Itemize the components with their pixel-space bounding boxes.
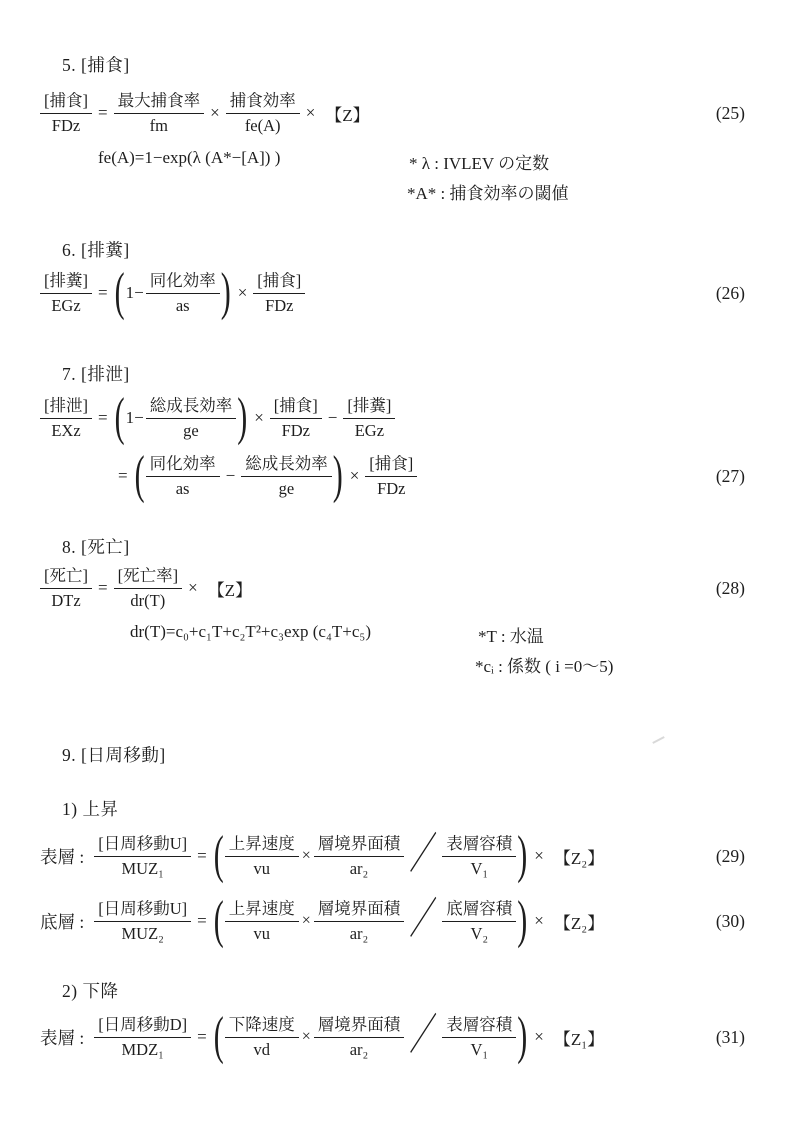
equation-28: [死亡] DTz = [死亡率] dr(T) × 【Z】 (28)	[40, 561, 745, 615]
fraction-denominator: FDz	[377, 477, 405, 499]
equation-number: (30)	[716, 911, 745, 932]
equation-29: 表層 : [日周移動U] MUZ₁ = ( 上昇速度 vu × 層境界面積 ar…	[40, 827, 745, 885]
fraction-numerator: [捕食]	[270, 395, 322, 418]
right-paren: )	[220, 267, 232, 320]
layer-label: 表層 :	[40, 844, 94, 869]
z-term: 【Z₁】	[550, 1025, 604, 1050]
equation-number: (25)	[716, 103, 745, 124]
layer-label: 底層 :	[40, 909, 94, 934]
predation-fraction: [捕食] FDz	[270, 395, 322, 441]
equation-26: [排糞] EGz = ( 1− 同化効率 as ) × [捕食] FDz (26…	[40, 265, 745, 321]
lhs-fraction: [捕食] FDz	[40, 90, 92, 136]
fraction-numerator: 層境界面積	[314, 1014, 405, 1037]
fraction-numerator: 上昇速度	[225, 898, 299, 921]
z-term: 【Z₂】	[550, 909, 604, 934]
fraction-denominator: EGz	[51, 294, 80, 316]
z-term: 【Z₂】	[550, 844, 604, 869]
note-water-temp: *T : 水温	[478, 622, 544, 647]
fraction-denominator: FDz	[282, 419, 310, 441]
equation-27-line1: [排泄] EXz = ( 1− 総成長効率 ge ) × [捕食] FDz − …	[40, 390, 745, 446]
equals-sign: =	[92, 103, 114, 123]
assimilation-efficiency-fraction: 同化効率 as	[146, 270, 220, 316]
fraction-denominator: EGz	[355, 419, 384, 441]
left-paren: (	[213, 1011, 225, 1064]
gross-growth-efficiency-fraction: 総成長効率 ge	[241, 453, 332, 499]
fraction-numerator: 表層容積	[442, 1014, 516, 1037]
fraction-numerator: 最大捕食率	[114, 90, 205, 113]
fraction-denominator: V₂	[470, 922, 488, 944]
times-sign: ×	[528, 911, 550, 931]
fraction-denominator: dr(T)	[130, 589, 165, 611]
fraction-denominator: ar₂	[350, 922, 369, 944]
equals-sign: =	[191, 911, 213, 931]
right-paren: )	[332, 450, 344, 503]
fraction-denominator: V₁	[470, 1038, 488, 1060]
section-8-heading: 8. [死亡]	[62, 534, 130, 559]
section-7-heading: 7. [排泄]	[62, 361, 130, 386]
fraction-numerator: [捕食]	[253, 270, 305, 293]
equation-number: (29)	[716, 846, 745, 867]
times-sign: ×	[528, 846, 550, 866]
fe-definition: fe(A)=1−exp(λ (A*−[A]) )	[98, 148, 280, 168]
right-paren: )	[516, 1011, 528, 1064]
left-paren: (	[114, 392, 126, 445]
left-paren: (	[213, 895, 225, 948]
section-5-heading: 5. [捕食]	[62, 52, 130, 77]
times-sign: ×	[299, 1028, 314, 1046]
descent-speed-fraction: 下降速度 vd	[225, 1014, 299, 1060]
fraction-numerator: [捕食]	[40, 90, 92, 113]
division-slash: ／	[404, 834, 442, 877]
surface-volume-fraction: 表層容積 V₁	[442, 1014, 516, 1060]
one-minus: 1−	[126, 283, 146, 303]
defecation-fraction: [排糞] EGz	[343, 395, 395, 441]
times-sign: ×	[299, 847, 314, 865]
equation-30: 底層 : [日周移動U] MUZ₂ = ( 上昇速度 vu × 層境界面積 ar…	[40, 892, 745, 950]
z-term: 【Z】	[321, 101, 369, 126]
section-9-heading: 9. [日周移動]	[62, 742, 166, 767]
equation-number: (31)	[716, 1027, 745, 1048]
equals-sign: =	[191, 846, 213, 866]
fraction-denominator: DTz	[51, 589, 80, 611]
fraction-denominator: as	[176, 477, 190, 499]
minus-sign: −	[220, 466, 242, 486]
lhs-fraction: [死亡] DTz	[40, 565, 92, 611]
fraction-numerator: 底層容積	[442, 898, 516, 921]
predation-fraction: [捕食] FDz	[365, 453, 417, 499]
interface-area-fraction: 層境界面積 ar₂	[314, 898, 405, 944]
times-sign: ×	[248, 408, 270, 428]
predation-fraction: [捕食] FDz	[253, 270, 305, 316]
subsection-ascent: 1) 上昇	[62, 796, 118, 821]
lhs-fraction: [日周移動U] MUZ₁	[94, 833, 191, 879]
left-paren: (	[213, 830, 225, 883]
fraction-numerator: [排糞]	[40, 270, 92, 293]
fraction-numerator: 総成長効率	[146, 395, 237, 418]
fraction-numerator: 捕食効率	[226, 90, 300, 113]
fraction-denominator: fm	[150, 114, 168, 136]
times-sign: ×	[528, 1027, 550, 1047]
ascent-speed-fraction: 上昇速度 vu	[225, 833, 299, 879]
fraction-numerator: [排泄]	[40, 395, 92, 418]
fraction-denominator: vu	[254, 922, 271, 944]
fraction-numerator: 下降速度	[225, 1014, 299, 1037]
note-a-star: *A* : 捕食効率の閾値	[407, 179, 569, 204]
equals-sign: =	[92, 578, 114, 598]
fraction-denominator: FDz	[52, 114, 80, 136]
note-coefficients: *cᵢ : 係数 ( i =0〜5)	[475, 652, 613, 677]
subsection-descent: 2) 下降	[62, 978, 118, 1003]
section-6-heading: 6. [排糞]	[62, 237, 130, 262]
fraction-numerator: 表層容積	[442, 833, 516, 856]
right-paren: )	[516, 895, 528, 948]
max-predation-rate-fraction: 最大捕食率 fm	[114, 90, 205, 136]
scan-artifact	[652, 736, 664, 744]
document-page: 5. [捕食] [捕食] FDz = 最大捕食率 fm × 捕食効率 fe(A)…	[0, 0, 800, 1123]
equation-number: (27)	[716, 466, 745, 487]
fraction-numerator: 同化効率	[146, 270, 220, 293]
left-paren: (	[114, 267, 126, 320]
fraction-numerator: 上昇速度	[225, 833, 299, 856]
fraction-numerator: 同化効率	[146, 453, 220, 476]
lhs-fraction: [日周移動U] MUZ₂	[94, 898, 191, 944]
equals-sign: =	[92, 408, 114, 428]
fraction-numerator: 総成長効率	[241, 453, 332, 476]
fraction-numerator: [日周移動U]	[94, 898, 191, 921]
fraction-numerator: 層境界面積	[314, 833, 405, 856]
interface-area-fraction: 層境界面積 ar₂	[314, 1014, 405, 1060]
right-paren: )	[236, 392, 248, 445]
fraction-denominator: EXz	[51, 419, 80, 441]
division-slash: ／	[404, 899, 442, 942]
fraction-denominator: FDz	[265, 294, 293, 316]
fraction-denominator: vd	[254, 1038, 271, 1060]
division-slash: ／	[404, 1015, 442, 1058]
fraction-denominator: fe(A)	[245, 114, 281, 136]
times-sign: ×	[344, 466, 366, 486]
times-sign: ×	[232, 283, 254, 303]
ascent-speed-fraction: 上昇速度 vu	[225, 898, 299, 944]
fraction-numerator: [日周移動D]	[94, 1014, 191, 1037]
fraction-denominator: as	[176, 294, 190, 316]
gross-growth-efficiency-fraction: 総成長効率 ge	[146, 395, 237, 441]
lhs-fraction: [排糞] EGz	[40, 270, 92, 316]
fraction-denominator: vu	[254, 857, 271, 879]
assimilation-efficiency-fraction: 同化効率 as	[146, 453, 220, 499]
fraction-numerator: [死亡率]	[114, 565, 183, 588]
bottom-volume-fraction: 底層容積 V₂	[442, 898, 516, 944]
mortality-rate-fraction: [死亡率] dr(T)	[114, 565, 183, 611]
fraction-numerator: [排糞]	[343, 395, 395, 418]
fraction-denominator: ar₂	[350, 1038, 369, 1060]
fraction-numerator: [捕食]	[365, 453, 417, 476]
fraction-denominator: V₁	[470, 857, 488, 879]
z-term: 【Z】	[204, 576, 252, 601]
one-minus: 1−	[126, 408, 146, 428]
times-sign: ×	[300, 103, 322, 123]
times-sign: ×	[299, 912, 314, 930]
equation-number: (28)	[716, 578, 745, 599]
right-paren: )	[516, 830, 528, 883]
fraction-denominator: MUZ₂	[121, 922, 163, 944]
layer-label: 表層 :	[40, 1025, 94, 1050]
dr-definition: dr(T)=c₀+c₁T+c₂T²+c₃exp (c₄T+c₅)	[130, 622, 371, 642]
note-lambda: * λ : IVLEV の定数	[409, 149, 549, 174]
fraction-denominator: ar₂	[350, 857, 369, 879]
left-paren: (	[134, 450, 146, 503]
equation-number: (26)	[716, 283, 745, 304]
lhs-fraction: [排泄] EXz	[40, 395, 92, 441]
equals-sign: =	[191, 1027, 213, 1047]
interface-area-fraction: 層境界面積 ar₂	[314, 833, 405, 879]
equation-27-line2: = ( 同化効率 as − 総成長効率 ge ) × [捕食] FDz (27)	[112, 448, 745, 504]
surface-volume-fraction: 表層容積 V₁	[442, 833, 516, 879]
equation-25: [捕食] FDz = 最大捕食率 fm × 捕食効率 fe(A) × 【Z】 (…	[40, 86, 745, 140]
fraction-denominator: ge	[279, 477, 295, 499]
times-sign: ×	[182, 578, 204, 598]
equals-sign: =	[92, 283, 114, 303]
equals-sign: =	[112, 466, 134, 486]
fraction-denominator: ge	[183, 419, 199, 441]
fraction-denominator: MUZ₁	[121, 857, 163, 879]
predation-efficiency-fraction: 捕食効率 fe(A)	[226, 90, 300, 136]
fraction-numerator: 層境界面積	[314, 898, 405, 921]
minus-sign: −	[322, 408, 344, 428]
fraction-numerator: [日周移動U]	[94, 833, 191, 856]
times-sign: ×	[204, 103, 226, 123]
lhs-fraction: [日周移動D] MDZ₁	[94, 1014, 191, 1060]
equation-31: 表層 : [日周移動D] MDZ₁ = ( 下降速度 vd × 層境界面積 ar…	[40, 1008, 745, 1066]
fraction-denominator: MDZ₁	[121, 1038, 163, 1060]
fraction-numerator: [死亡]	[40, 565, 92, 588]
